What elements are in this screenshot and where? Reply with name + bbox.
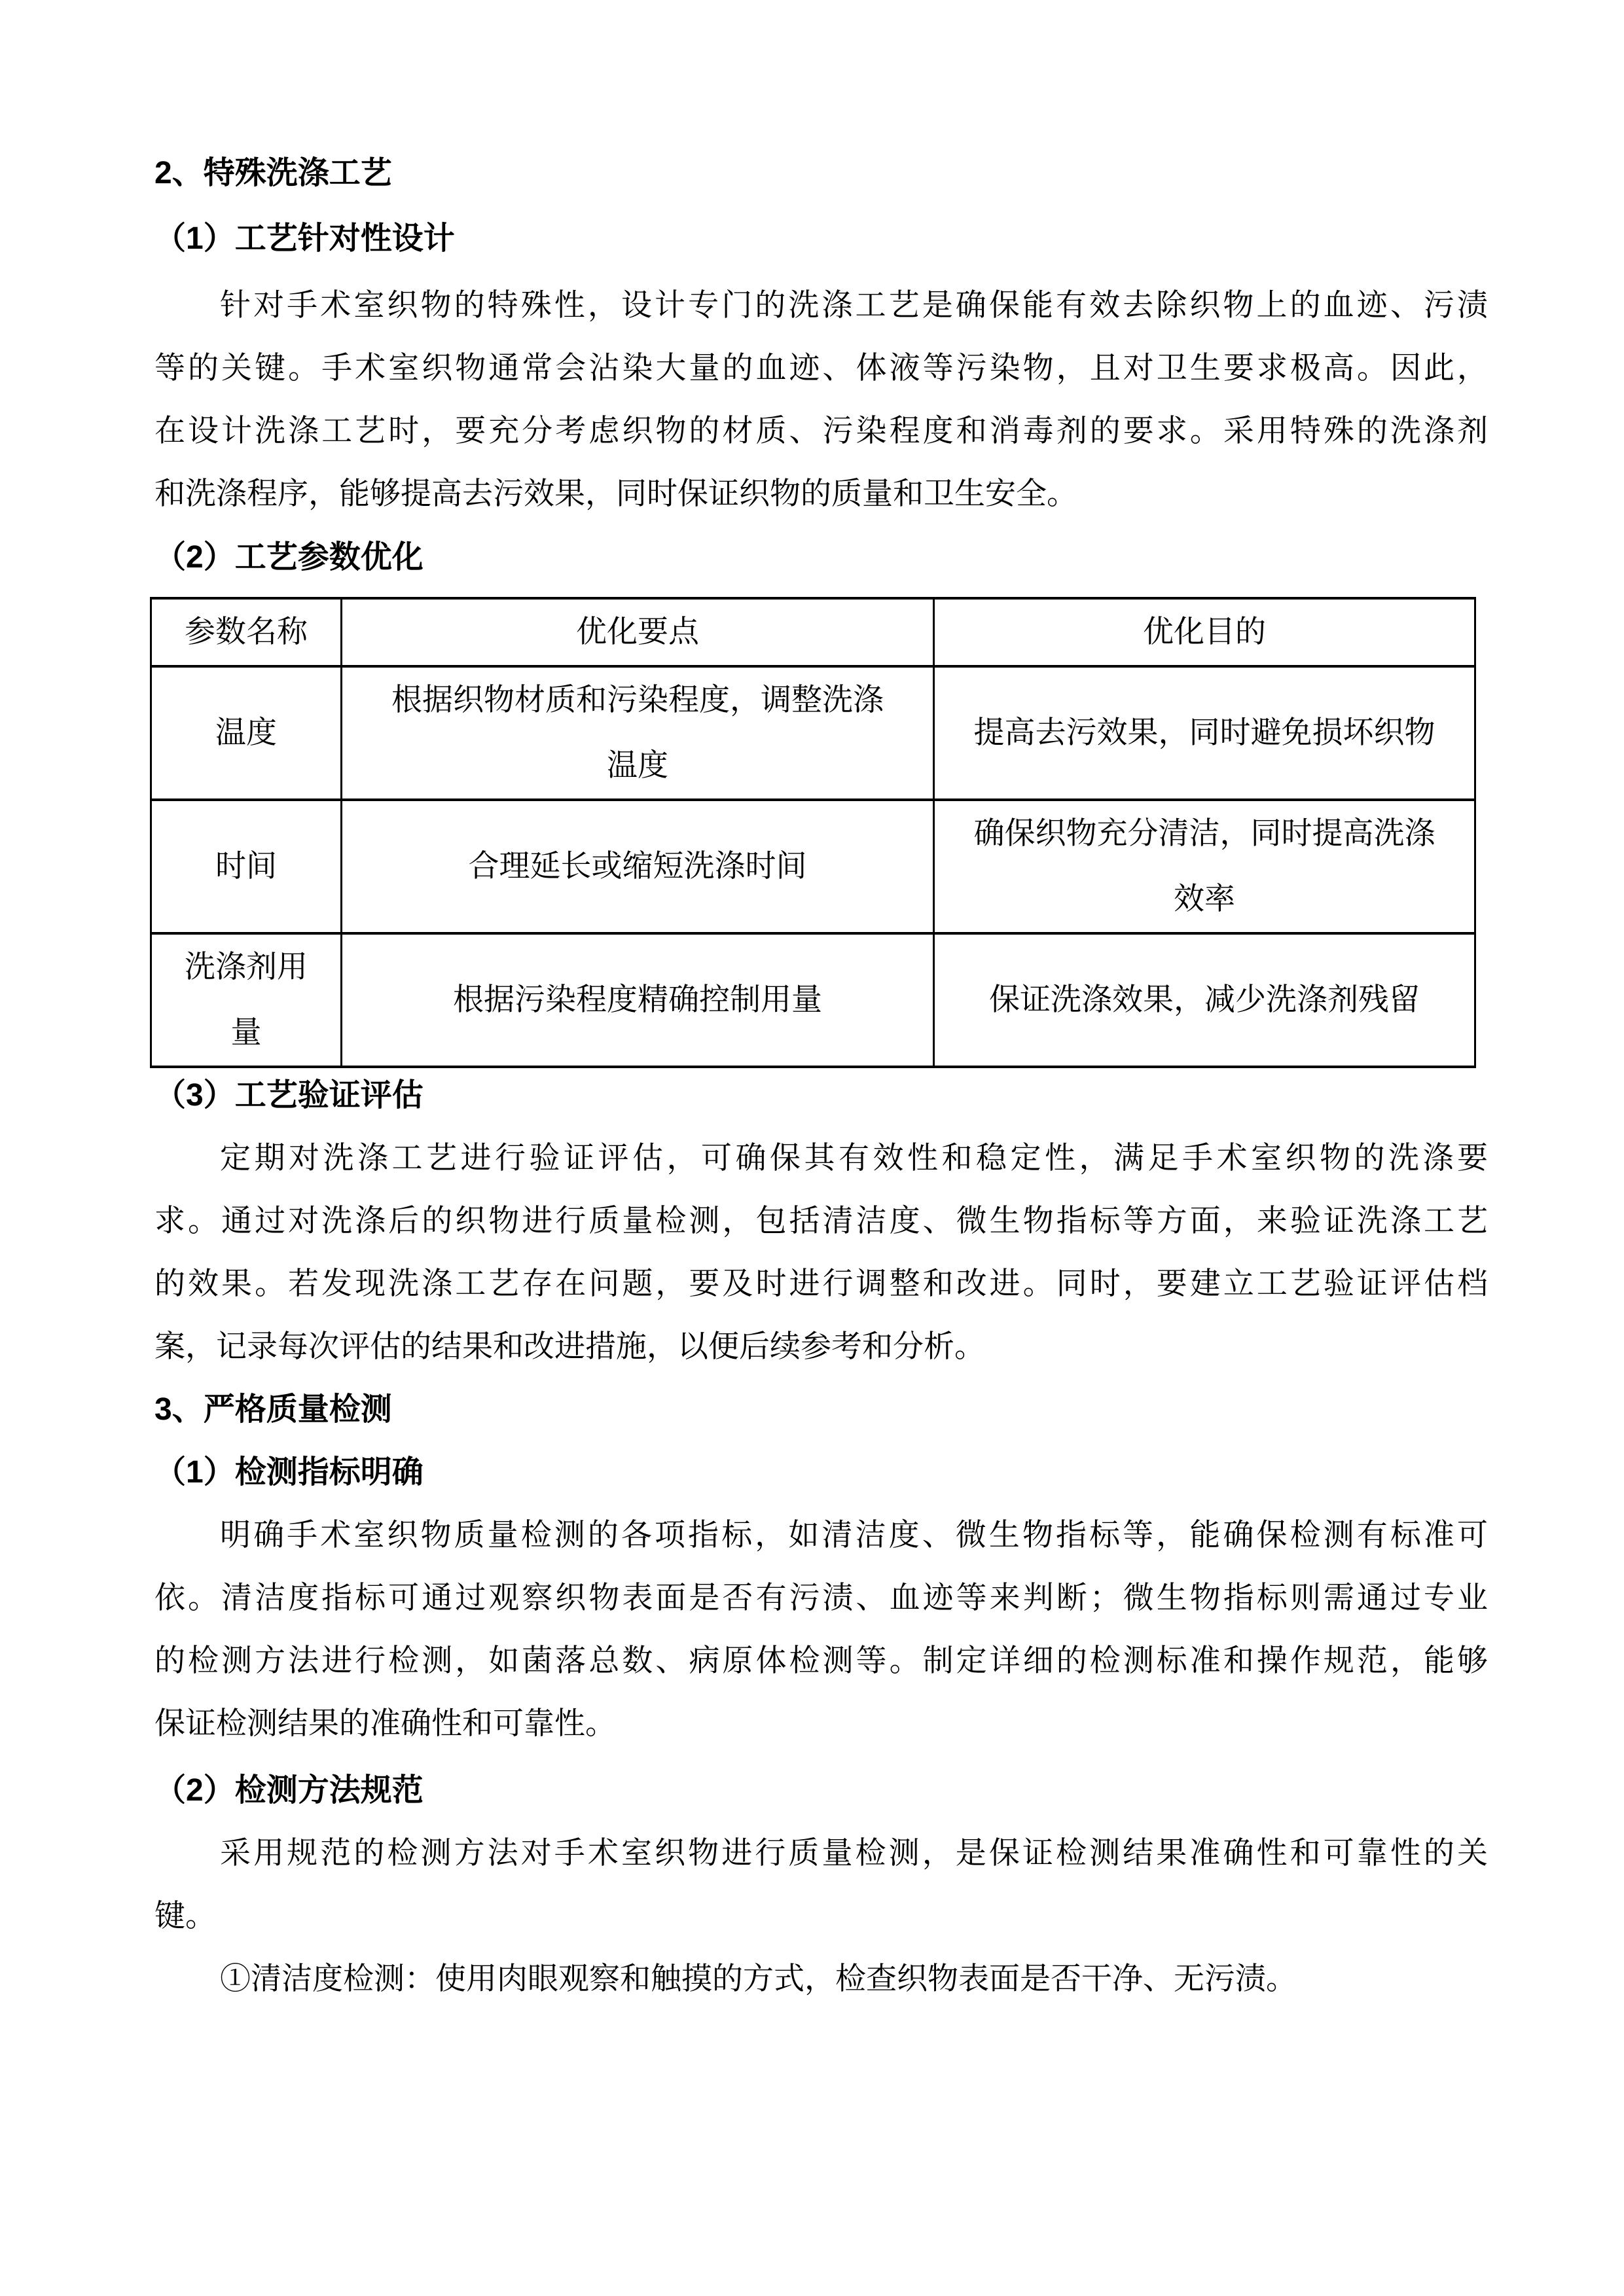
table-cell-line: 参数名称 [152,600,340,665]
table-header-cell: 参数名称 [151,598,342,666]
paragraph-line: 保证检测结果的准确性和可靠性。 [154,1693,1488,1755]
table-cell-line: 优化目的 [935,600,1474,665]
table-cell-points: 合理延长或缩短洗涤时间 [342,800,934,933]
table-header-cell: 优化目的 [934,598,1475,666]
table-cell-purpose: 确保织物充分清洁，同时提高洗涤 效率 [934,800,1475,933]
heading-3-1-inspection-indicators: （1）检测指标明确 [154,1441,1488,1504]
paragraph-line: 等的关键。手术室织物通常会沾染大量的血迹、体液等污染物，且对卫生要求极高。因此， [154,337,1488,400]
table-cell-line: 时间 [152,834,340,899]
paragraph-process-validation: 定期对洗涤工艺进行验证评估，可确保其有效性和稳定性，满足手术室织物的洗涤要 求。… [154,1127,1488,1378]
heading-2-special-washing: 2、特殊洗涤工艺 [154,142,1488,205]
paragraph-line: ①清洁度检测：使用肉眼观察和触摸的方式，检查织物表面是否干净、无污渍。 [154,1948,1488,2011]
paragraph-line: 采用规范的检测方法对手术室织物进行质量检测，是保证检测结果准确性和可靠性的关 [154,1822,1488,1885]
paragraph-line: 的效果。若发现洗涤工艺存在问题，要及时进行调整和改进。同时，要建立工艺验证评估档 [154,1253,1488,1316]
table-header-cell: 优化要点 [342,598,934,666]
document-page: 2、特殊洗涤工艺 （1）工艺针对性设计 针对手术室织物的特殊性，设计专门的洗涤工… [0,0,1624,2296]
table-cell-line: 提高去污效果，同时避免损坏织物 [935,700,1474,766]
table-cell-line: 优化要点 [342,600,933,665]
paragraph-inspection-indicators: 明确手术室织物质量检测的各项指标，如清洁度、微生物指标等，能确保检测有标准可 依… [154,1504,1488,1755]
table-cell-line: 合理延长或缩短洗涤时间 [342,834,933,899]
page-content: 2、特殊洗涤工艺 （1）工艺针对性设计 针对手术室织物的特殊性，设计专门的洗涤工… [154,0,1488,2011]
heading-2-1-process-design: （1）工艺针对性设计 [154,207,1488,270]
table-cell-line: 温度 [152,700,340,766]
paragraph-line: 依。清洁度指标可通过观察织物表面是否有污渍、血迹等来判断；微生物指标则需通过专业 [154,1567,1488,1630]
paragraph-line: 针对手术室织物的特殊性，设计专门的洗涤工艺是确保能有效去除织物上的血迹、污渍 [154,274,1488,337]
heading-3-quality-inspection: 3、严格质量检测 [154,1378,1488,1441]
table-cell-parameter: 洗涤剂用 量 [151,933,342,1067]
paragraph-line: 在设计洗涤工艺时，要充分考虑织物的材质、污染程度和消毒剂的要求。采用特殊的洗涤剂 [154,400,1488,463]
table-cell-points: 根据污染程度精确控制用量 [342,933,934,1067]
table-cell-line: 洗涤剂用 [152,935,340,1000]
table-cell-purpose: 提高去污效果，同时避免损坏织物 [934,666,1475,800]
table-header-row: 参数名称 优化要点 优化目的 [151,598,1475,666]
table-cell-line: 效率 [935,867,1474,932]
table-cell-line: 量 [152,1000,340,1066]
process-parameter-table: 参数名称 优化要点 优化目的 温度 根据织物材质和污染程度，调整洗涤 温度 提高… [150,597,1476,1068]
table-cell-parameter: 温度 [151,666,342,800]
table-cell-purpose: 保证洗涤效果，减少洗涤剂残留 [934,933,1475,1067]
table-cell-line: 温度 [342,733,933,798]
table-cell-line: 根据污染程度精确控制用量 [342,967,933,1033]
table-cell-points: 根据织物材质和污染程度，调整洗涤 温度 [342,666,934,800]
heading-2-2-parameter-optimization: （2）工艺参数优化 [154,526,1488,589]
table-row: 时间 合理延长或缩短洗涤时间 确保织物充分清洁，同时提高洗涤 效率 [151,800,1475,933]
paragraph-cleanliness-inspection: ①清洁度检测：使用肉眼观察和触摸的方式，检查织物表面是否干净、无污渍。 [154,1948,1488,2011]
paragraph-process-design: 针对手术室织物的特殊性，设计专门的洗涤工艺是确保能有效去除织物上的血迹、污渍 等… [154,274,1488,526]
paragraph-inspection-methods: 采用规范的检测方法对手术室织物进行质量检测，是保证检测结果准确性和可靠性的关 键… [154,1822,1488,1948]
table-cell-line: 根据织物材质和污染程度，调整洗涤 [342,668,933,733]
table-cell-line: 确保织物充分清洁，同时提高洗涤 [935,801,1474,867]
heading-3-2-inspection-methods: （2）检测方法规范 [154,1759,1488,1822]
table-row: 洗涤剂用 量 根据污染程度精确控制用量 保证洗涤效果，减少洗涤剂残留 [151,933,1475,1067]
table-cell-line: 保证洗涤效果，减少洗涤剂残留 [935,967,1474,1033]
paragraph-line: 键。 [154,1885,1488,1948]
paragraph-line: 的检测方法进行检测，如菌落总数、病原体检测等。制定详细的检测标准和操作规范，能够 [154,1630,1488,1693]
paragraph-line: 明确手术室织物质量检测的各项指标，如清洁度、微生物指标等，能确保检测有标准可 [154,1504,1488,1567]
table-cell-parameter: 时间 [151,800,342,933]
paragraph-line: 案，记录每次评估的结果和改进措施，以便后续参考和分析。 [154,1316,1488,1378]
paragraph-line: 定期对洗涤工艺进行验证评估，可确保其有效性和稳定性，满足手术室织物的洗涤要 [154,1127,1488,1190]
table-row: 温度 根据织物材质和污染程度，调整洗涤 温度 提高去污效果，同时避免损坏织物 [151,666,1475,800]
heading-2-3-process-validation: （3）工艺验证评估 [154,1064,1488,1127]
paragraph-line: 求。通过对洗涤后的织物进行质量检测，包括清洁度、微生物指标等方面，来验证洗涤工艺 [154,1190,1488,1253]
paragraph-line: 和洗涤程序，能够提高去污效果，同时保证织物的质量和卫生安全。 [154,463,1488,526]
